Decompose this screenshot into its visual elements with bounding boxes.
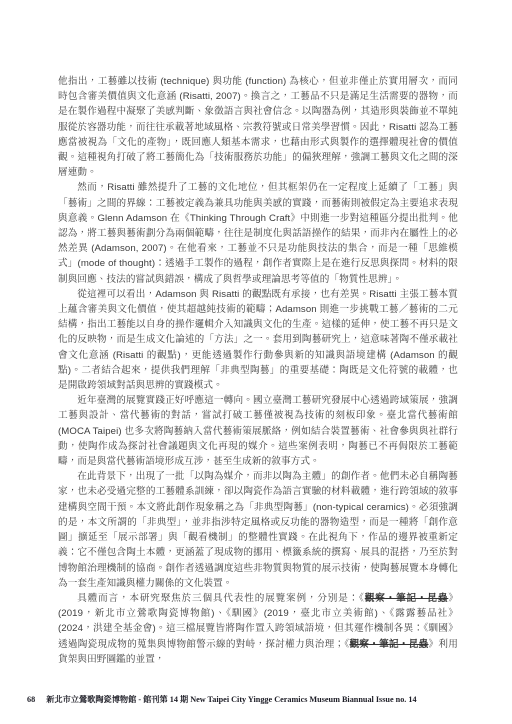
page-footer: 68 新北市立鶯歌陶瓷博物館 - 館刊第 14 期 New Taipei Cit… — [27, 694, 497, 705]
paragraph: 從這裡可以看出，Adamson 與 Risatti 的觀點既有承接，也有差異。R… — [58, 287, 458, 393]
paragraph: 他指出，工藝雖以技術 (technique) 與功能 (function) 為核… — [58, 74, 458, 180]
paragraph-text: 近年臺灣的展覽實踐正好呼應這一轉向。國立臺灣工藝研究發展中心透過跨域策展，強調工… — [58, 395, 458, 467]
paragraph-text: 從這裡可以看出，Adamson 與 Risatti 的觀點既有承接，也有差異。R… — [58, 289, 458, 391]
deleted-exhibition-title: 觀察・筆記・昆蟲 — [365, 593, 449, 604]
paragraph-text: 具體而言，本研究聚焦於三個具代表性的展覽案例，分別是：《 — [77, 593, 365, 604]
article-body: 他指出，工藝雖以技術 (technique) 與功能 (function) 為核… — [58, 74, 458, 667]
paragraph: 近年臺灣的展覽實踐正好呼應這一轉向。國立臺灣工藝研究發展中心透過跨域策展，強調工… — [58, 393, 458, 469]
page-number: 68 — [27, 695, 35, 704]
paragraph-text: 然而，Risatti 雖然提升了工藝的文化地位，但其框架仍在一定程度上延續了「工… — [58, 182, 458, 284]
journal-title: 新北市立鶯歌陶瓷博物館 - 館刊第 14 期 New Taipei City Y… — [46, 694, 416, 705]
paragraph: 然而，Risatti 雖然提升了工藝的文化地位，但其框架仍在一定程度上延續了「工… — [58, 180, 458, 286]
paragraph: 具體而言，本研究聚焦於三個具代表性的展覽案例，分別是：《觀察・筆記・昆蟲》(20… — [58, 591, 458, 667]
paragraph-text: 他指出，工藝雖以技術 (technique) 與功能 (function) 為核… — [58, 76, 458, 178]
deleted-exhibition-title: 觀察・筆記・昆蟲 — [350, 639, 429, 650]
document-page: 他指出，工藝雖以技術 (technique) 與功能 (function) 為核… — [0, 0, 512, 724]
paragraph: 在此背景下，出現了一批「以陶為媒介，而非以陶為主體」的創作者。他們未必自稱陶藝家… — [58, 469, 458, 591]
paragraph-text: 在此背景下，出現了一批「以陶為媒介，而非以陶為主體」的創作者。他們未必自稱陶藝家… — [58, 471, 458, 588]
